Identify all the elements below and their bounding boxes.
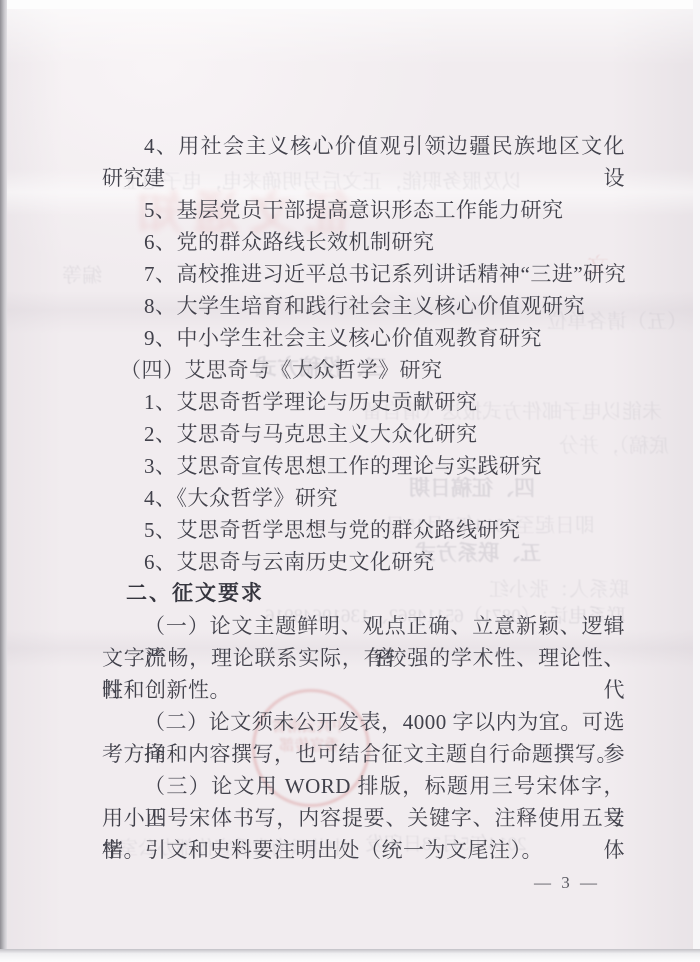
section-heading-4: （四）艾思奇与《大众哲学》研究 xyxy=(102,354,625,386)
body-line: （三）论文用 WORD 排版，标题用三号宋体字，正文 xyxy=(102,770,625,802)
body-line: （二）论文须未公开发表，4000 字以内为宜。可选择参 xyxy=(102,706,625,738)
body-line: 5、艾思奇哲学思想与党的群众路线研究 xyxy=(102,514,625,546)
body-line: （一）论文主题鲜明、观点正确、立意新颖、逻辑严密、 xyxy=(102,610,625,642)
body-line: 4、《大众哲学》研究 xyxy=(102,482,625,514)
scanner-bottom-edge xyxy=(0,949,700,962)
body-line: 考方向和内容撰写，也可结合征文主题自行命题撰写。 xyxy=(102,738,625,770)
body-line: 8、大学生培育和践行社会主义核心价值观研究 xyxy=(102,290,625,322)
body-line: 2、艾思奇与马克思主义大众化研究 xyxy=(102,418,625,450)
body-line: 7、高校推进习近平总书记系列讲话精神“三进”研究 xyxy=(102,258,625,290)
body-line: 9、中小学生社会主义核心价值观教育研究 xyxy=(102,322,625,354)
body-line: 3、艾思奇宣传思想工作的理论与实践研究 xyxy=(102,450,625,482)
scanned-document-screenshot: { "doc": { "lines": [ {"text": "4、用社会主义核… xyxy=(0,0,700,962)
bleedthrough-text: 编等 xyxy=(62,259,102,288)
paper-page: 征文通知 以及服务职能，正文后另明确来电，电子地址 编等 （五）请各单位 三、投… xyxy=(7,9,693,949)
body-line: 6、党的群众路线长效机制研究 xyxy=(102,226,625,258)
body-line: 用小四号宋体书写，内容提要、关键字、注释使用五号楷体 xyxy=(102,802,625,834)
body-line: 4、用社会主义核心价值观引领边疆民族地区文化建设 xyxy=(102,130,625,162)
body-line: 6、艾思奇与云南历史文化研究 xyxy=(102,546,625,578)
scanner-top-edge xyxy=(0,0,700,9)
body-line: 5、基层党员干部提高意识形态工作能力研究 xyxy=(102,194,625,226)
scanner-left-edge xyxy=(0,0,7,962)
page-number: — 3 — xyxy=(507,873,627,893)
scanner-right-edge xyxy=(693,0,700,962)
body-line: 文字流畅，理论联系实际，有较强的学术性、理论性、时代 xyxy=(102,642,625,674)
body-line: 1、艾思奇哲学理论与历史贡献研究 xyxy=(102,386,625,418)
section-heading-2: 二、征文要求 xyxy=(102,578,625,610)
document-body: 4、用社会主义核心价值观引领边疆民族地区文化建设 研究 5、基层党员干部提高意识… xyxy=(102,130,625,866)
